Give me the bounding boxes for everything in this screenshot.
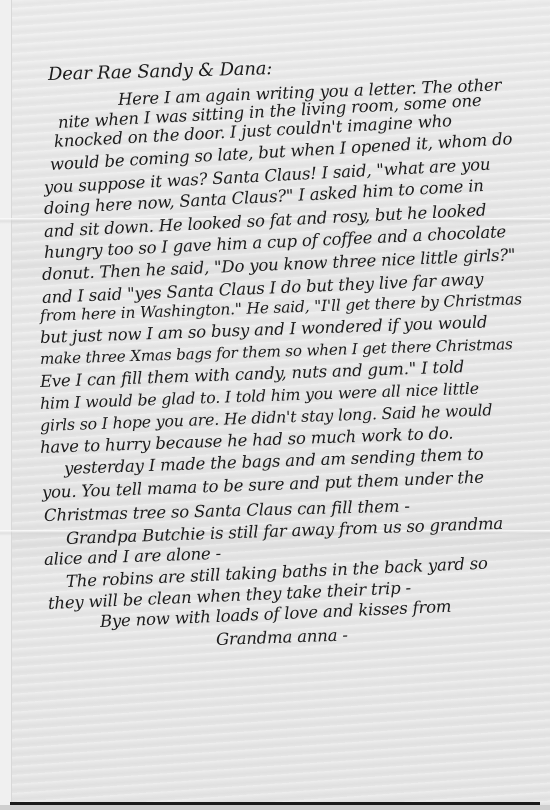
signature: Grandma anna - [216, 625, 348, 649]
scan-background [0, 805, 550, 810]
scan-left-margin [0, 0, 12, 810]
salutation: Dear Rae Sandy & Dana: [48, 58, 273, 85]
letter-page: Dear Rae Sandy & Dana: Here I am again w… [0, 0, 550, 810]
